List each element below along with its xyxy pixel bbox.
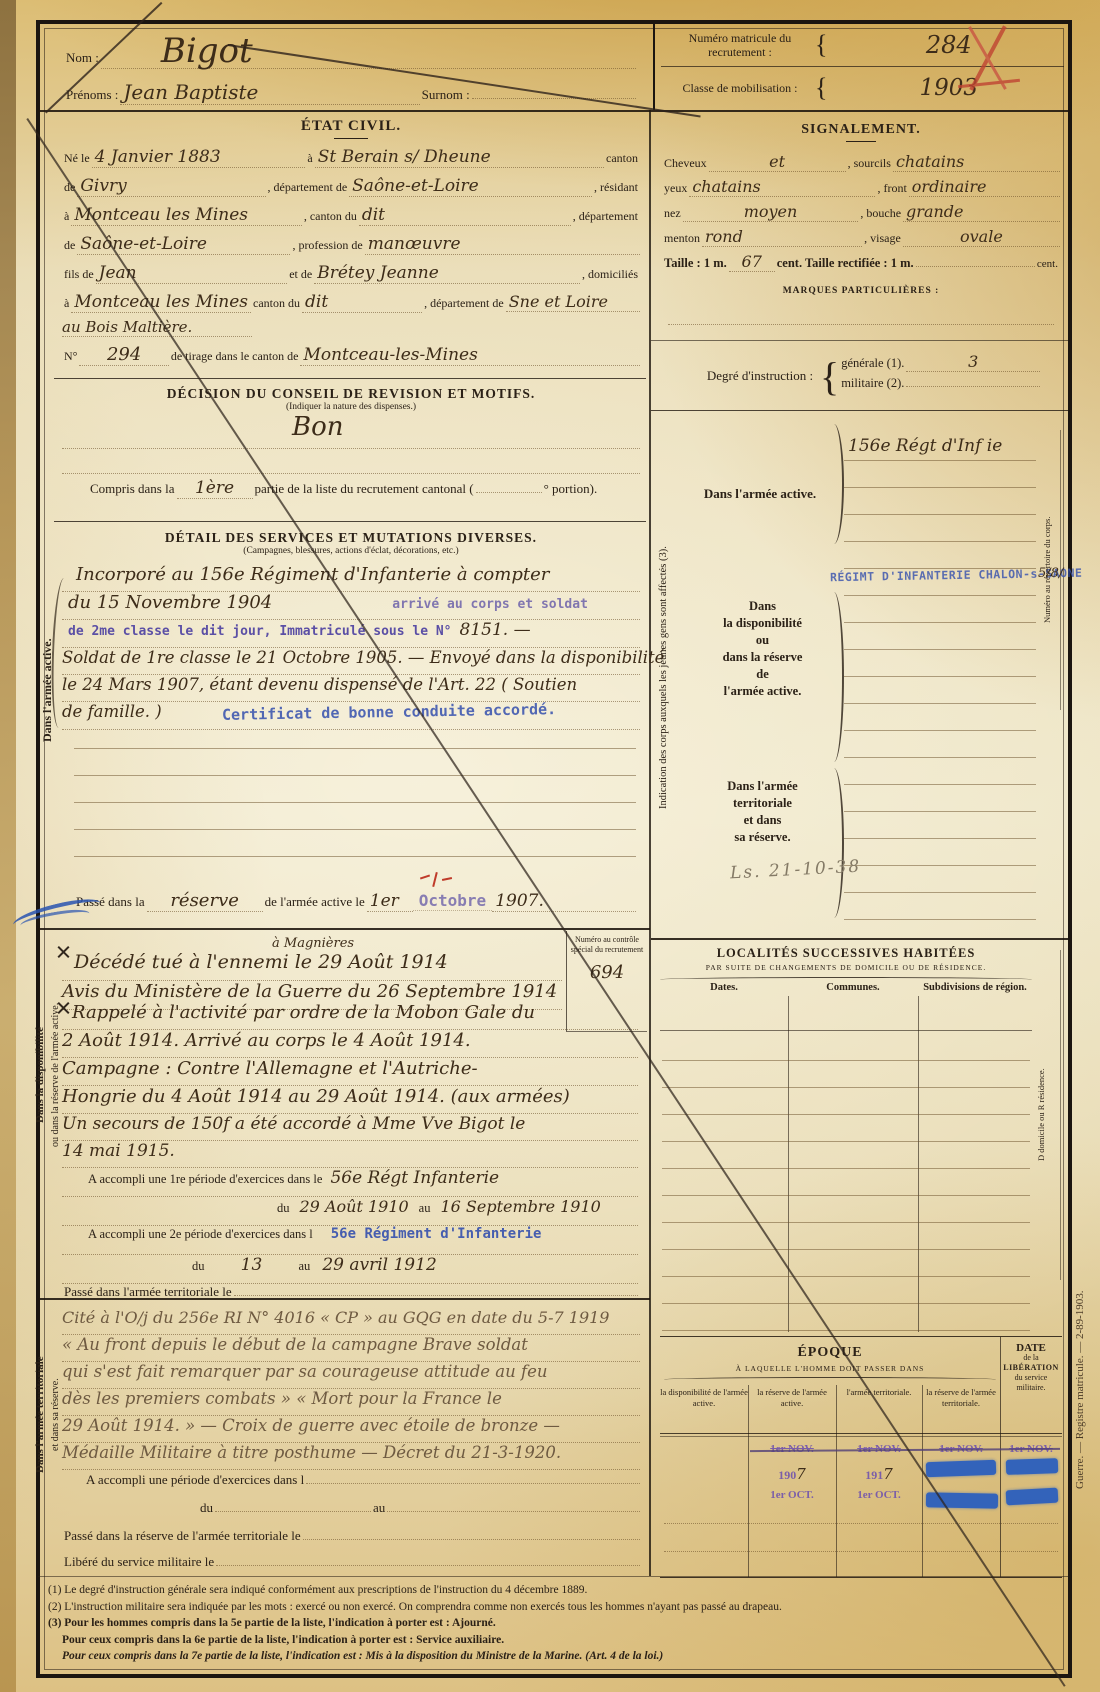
residence-dept: Saône-et-Loire xyxy=(77,234,290,255)
service-entry-3-number: 8151. — xyxy=(460,620,531,640)
compris-pre: Compris dans la xyxy=(62,481,177,497)
margin-label-disponibilite: Dans la disponibilité ou dans la réserve… xyxy=(34,930,70,1220)
service-entry-1: Incorporé au 156e Régiment d'Infanterie … xyxy=(62,564,640,592)
front-label: , front xyxy=(875,181,908,196)
section-rule-heavy xyxy=(38,1298,650,1300)
taille-value: 67 xyxy=(729,252,775,272)
epoque-date-col-header: DATE de la LIBÉRATION du service militai… xyxy=(1000,1343,1062,1393)
instruction-generale-row: générale (1). 3 xyxy=(839,352,1040,376)
cheveux-label: Cheveux xyxy=(662,156,709,171)
periode2-line: A accompli une 2e période d'exercices da… xyxy=(62,1226,638,1255)
periode2-from: 13 xyxy=(207,1255,297,1275)
bouche-value: grande xyxy=(903,202,1060,222)
du-blank xyxy=(215,1511,371,1512)
father-name: Jean xyxy=(96,263,288,284)
nez-value: moyen xyxy=(683,202,859,222)
citation-line-2: « Au front depuis le début de la campagn… xyxy=(62,1335,640,1362)
mother-name: Brétey Jeanne xyxy=(314,263,580,284)
tirage-number: 294 xyxy=(79,344,168,366)
services-title: DÉTAIL DES SERVICES ET MUTATIONS DIVERSE… xyxy=(62,530,640,546)
instruction-militaire-blank xyxy=(906,386,1040,387)
instruction-generale-label: générale (1). xyxy=(839,356,906,371)
header-rule xyxy=(660,1433,1062,1434)
passe-pre: Passé dans la xyxy=(74,894,147,910)
passe-reserve-terr-label: Passé dans la réserve de l'armée territo… xyxy=(62,1528,303,1544)
repertoire-side-label: Numéro au répertoire du corps. xyxy=(1042,430,1061,710)
date-header-line: DATE xyxy=(1000,1343,1062,1353)
etat-civil-section: ÉTAT CIVIL. Né le 4 Janvier 1883 à St Be… xyxy=(62,118,640,374)
profession-value: manœuvre xyxy=(365,234,640,255)
surname-blank xyxy=(472,98,636,99)
domicile-value: Montceau les Mines xyxy=(71,292,251,313)
periode-terr-label: A accompli une période d'exercices dans … xyxy=(62,1472,306,1488)
dept-label: , département xyxy=(571,209,640,224)
footnote-3: (3) Pour les hommes compris dans la 5e p… xyxy=(48,1615,1056,1632)
citation-line-4: dès les premiers combats » « Mort pour l… xyxy=(62,1389,640,1416)
etat-line-3: à Montceau les Mines , canton du dit , d… xyxy=(62,205,640,234)
brace-ornament xyxy=(664,1377,996,1382)
margin-label-territoriale: Dans l'armée territoriale et dans sa rés… xyxy=(34,1290,70,1540)
campagne-line-2: Hongrie du 4 Août 1914 au 29 Août 1914. … xyxy=(62,1086,638,1114)
dept-label: , département de xyxy=(266,180,350,195)
label-line: et dans xyxy=(690,812,835,829)
year-cell-1907: 1907 xyxy=(748,1465,836,1483)
conduite-stamp: Certificat de bonne conduite accordé. xyxy=(222,700,556,724)
name-label: Nom : xyxy=(64,50,101,66)
instruction-block: Degré d'instruction : { générale (1). 3 … xyxy=(700,352,1040,400)
label-line: ou xyxy=(690,632,835,649)
sourcils-value: chatains xyxy=(893,152,1060,172)
periode1-dates: du 29 Août 1910 au 16 Septembre 1910 xyxy=(62,1197,638,1226)
periode-terr-dates: du au xyxy=(62,1500,640,1528)
localites-subtitle: PAR SUITE DE CHANGEMENTS DE DOMICILE OU … xyxy=(660,963,1032,972)
date-header-line: LIBÉRATION xyxy=(1000,1363,1062,1373)
canton-du-label: canton du xyxy=(251,296,302,311)
footnote-rule xyxy=(38,1576,1068,1577)
name-value: Bigot xyxy=(101,34,636,69)
paper-edge xyxy=(0,0,16,1692)
label-line: Dans xyxy=(690,598,835,615)
date-header-line: de la xyxy=(1000,1353,1062,1363)
passe-territoriale-blank xyxy=(234,1295,638,1296)
classe-row: Classe de mobilisation : { 1903 xyxy=(655,67,1070,109)
cent-label: cent. xyxy=(1035,258,1060,270)
libere-blank xyxy=(216,1565,640,1566)
tirage-no-label: N° xyxy=(62,349,79,364)
margin-label-line: Dans l'armée territoriale xyxy=(34,1290,46,1540)
campagne-line-1: Campagne : Contre l'Allemagne et l'Autri… xyxy=(62,1058,638,1086)
rappel-line-1: Rappelé à l'activité par ordre de la Mob… xyxy=(62,1002,638,1030)
label-line: sa réserve. xyxy=(690,829,835,846)
epoque-col4-header: la réserve de l'armée territoriale. xyxy=(922,1387,1000,1408)
service-entry-5: le 24 Mars 1907, étant devenu dispensé d… xyxy=(62,675,640,702)
blank-ruled-lines xyxy=(74,722,636,862)
service-entry-3: de 2me classe le dit jour, Immatriculé s… xyxy=(62,620,640,648)
services-subtitle: (Campagnes, blessures, actions d'éclat, … xyxy=(62,546,640,556)
cheveux-value: et xyxy=(709,152,846,172)
corps-ruled-lines xyxy=(844,434,1036,934)
front-value: ordinaire xyxy=(909,177,1060,197)
label-line: l'armée active. xyxy=(690,683,835,700)
etat-line-1: Né le 4 Janvier 1883 à St Berain s/ Dheu… xyxy=(62,147,640,176)
canton-dit: dit xyxy=(359,205,571,226)
firstname-value: Jean Baptiste xyxy=(120,80,419,105)
service-entry-3-stamp: de 2me classe le dit jour, Immatriculé s… xyxy=(62,624,452,639)
footnote-2: (2) L'instruction militaire sera indiqué… xyxy=(48,1599,1056,1616)
instruction-label: Degré d'instruction : xyxy=(700,368,820,384)
profession-label: , profession de xyxy=(290,238,364,253)
blank-ruled-line xyxy=(62,449,640,474)
section-rule-heavy xyxy=(38,928,650,930)
military-register-sheet: Nom : Bigot Prénoms : Jean Baptiste Surn… xyxy=(0,0,1100,1692)
corps-active-value: 156e Régt d'Inf ie xyxy=(848,436,1002,456)
instruction-militaire-row: militaire (2). xyxy=(839,376,1040,400)
periode1-to: 16 Septembre 1910 xyxy=(432,1197,608,1216)
marques-blank xyxy=(668,308,1054,325)
etat-civil-title: ÉTAT CIVIL. xyxy=(62,118,640,135)
birth-canton: Givry xyxy=(77,176,265,197)
periode2-label: A accompli une 2e période d'exercices da… xyxy=(62,1227,315,1242)
canton-label: canton xyxy=(604,151,640,166)
visage-value: ovale xyxy=(903,227,1060,247)
label-line: dans la réserve xyxy=(690,649,835,666)
matricule-value: 284 xyxy=(827,31,1070,59)
portion-label: ° portion). xyxy=(542,481,600,497)
decision-value: Bon xyxy=(62,412,640,449)
domicile-suite: au Bois Maltière. xyxy=(62,318,252,337)
canton-dit: dit xyxy=(302,292,422,313)
epoque-subtitle: À LAQUELLE L'HOMME DOIT PASSER DANS xyxy=(660,1364,1000,1373)
periode2-to: 29 avril 1912 xyxy=(312,1255,446,1275)
passe-day: 1er xyxy=(367,891,413,912)
secours-line-1: Un secours de 150f a été accordé à Mme V… xyxy=(62,1114,638,1141)
name-line: Nom : Bigot xyxy=(64,34,636,69)
yeux-label: yeux xyxy=(662,181,689,196)
decision-subtitle: (Indiquer la nature des dispenses.) xyxy=(62,402,640,412)
au-label: au xyxy=(297,1259,313,1274)
col-communes: Communes. xyxy=(788,982,918,993)
service-entry-2-stamp: arrivé au corps et soldat xyxy=(392,597,588,612)
taille-rectifiee-label: cent. Taille rectifiée : 1 m. xyxy=(775,256,916,271)
epoque-col1-header: la disponibilité de l'armée active. xyxy=(660,1387,748,1408)
service-entry-2-hand: du 15 Novembre 1904 xyxy=(62,592,272,613)
section-rule xyxy=(54,378,646,379)
signalement-row-2: yeux chatains , front ordinaire xyxy=(662,177,1060,202)
oct-cell: 1er OCT. xyxy=(748,1489,836,1501)
matricule-box: Numéro matricule du recrutement : { 284 … xyxy=(653,24,1070,110)
deces-line: Décédé tué à l'ennemi le 29 Août 1914 xyxy=(62,951,562,981)
corps-active-label-text: Dans l'armée active. xyxy=(704,486,816,501)
periode2-dates: du 13 au 29 avril 1912 xyxy=(62,1255,638,1284)
blank-row-line xyxy=(664,1551,1058,1552)
col-dates: Dates. xyxy=(660,982,788,993)
section-rule xyxy=(54,521,646,522)
menton-label: menton xyxy=(662,231,702,246)
passe-reserve-line: Passé dans la réserve de l'armée active … xyxy=(74,890,636,912)
service-entry-6-hand: de famille. ) xyxy=(62,702,162,721)
surname-label: Surnom : xyxy=(420,87,472,103)
disponibilite-section-2: Rappelé à l'activité par ordre de la Mob… xyxy=(62,1002,638,1312)
tirage-canton: Montceau-les-Mines xyxy=(300,345,640,366)
marques-label: MARQUES PARTICULIÈRES : xyxy=(662,278,1060,308)
birth-place: St Berain s/ Dheune xyxy=(315,147,604,168)
periode-terr-blank xyxy=(306,1483,640,1484)
yeux-value: chatains xyxy=(689,177,875,197)
firstname-label: Prénoms : xyxy=(64,87,120,103)
at-label: à xyxy=(305,151,314,166)
visage-label: , visage xyxy=(862,231,903,246)
margin-label-line: Dans la disponibilité xyxy=(34,930,46,1220)
territoriale-section: Cité à l'O/j du 256e RI N° 4016 « CP » a… xyxy=(62,1308,640,1580)
rule xyxy=(651,410,1068,411)
au-blank xyxy=(387,1511,640,1512)
service-entry-4: Soldat de 1re classe le 21 Octobre 1905.… xyxy=(62,648,640,675)
epoque-table: ÉPOQUE À LAQUELLE L'HOMME DOIT PASSER DA… xyxy=(660,1336,1062,1578)
passe-mid: de l'armée active le xyxy=(263,894,367,910)
year-hand-digit: 7 xyxy=(796,1465,806,1483)
etat-line-6: à Montceau les Mines canton du dit , dép… xyxy=(62,292,640,318)
services-section: DÉTAIL DES SERVICES ET MUTATIONS DIVERSE… xyxy=(62,530,640,730)
residence-value: Montceau les Mines xyxy=(71,205,302,226)
signalement-row-4: menton rond , visage ovale xyxy=(662,227,1060,252)
table-hline xyxy=(660,1030,1032,1031)
localites-header: LOCALITÉS SUCCESSIVES HABITÉES PAR SUITE… xyxy=(660,946,1032,1016)
rappel-line-2: 2 Août 1914. Arrivé au corps le 4 Août 1… xyxy=(62,1030,638,1058)
menton-value: rond xyxy=(702,227,862,247)
epoque-col-headers: la disponibilité de l'armée active. la r… xyxy=(660,1387,1000,1408)
citation-line-3: qui s'est fait remarquer par sa courageu… xyxy=(62,1362,640,1389)
tirage-label: de tirage dans le canton de xyxy=(169,349,301,364)
signalement-title: SIGNALEMENT. xyxy=(662,122,1060,138)
signalement-section: SIGNALEMENT. Cheveux et , sourcils chata… xyxy=(662,122,1060,325)
citation-line-1: Cité à l'O/j du 256e RI N° 4016 « CP » a… xyxy=(62,1308,640,1335)
corps-dispo-label: Dans la disponibilité ou dans la réserve… xyxy=(690,598,835,700)
etat-line-4: de Saône-et-Loire , profession de manœuv… xyxy=(62,234,640,263)
sourcils-label: , sourcils xyxy=(846,156,893,171)
corps-active-label: Dans l'armée active. xyxy=(690,485,830,502)
footnotes: (1) Le degré d'instruction générale sera… xyxy=(48,1582,1056,1665)
libere-label: Libéré du service militaire le xyxy=(62,1554,216,1570)
dept-label: , département de xyxy=(422,296,506,311)
du-label: du xyxy=(198,1500,215,1516)
periode1-regiment: 56e Régt Infanterie xyxy=(330,1168,499,1188)
periode-terr-line: A accompli une période d'exercices dans … xyxy=(62,1472,640,1500)
header-rule-2 xyxy=(660,1436,1062,1437)
citation-line-6: Médaille Militaire à titre posthume — Dé… xyxy=(62,1443,640,1470)
at-label: à xyxy=(62,209,71,224)
corps-side-label: Indication des corps auxquels les jeunes… xyxy=(658,428,678,928)
blank-row-line xyxy=(664,1523,1058,1524)
canton-du-label: , canton du xyxy=(302,209,359,224)
decision-section: DÉCISION DU CONSEIL DE REVISION ET MOTIF… xyxy=(62,386,640,510)
localites-columns: Dates. Communes. Subdivisions de région. xyxy=(660,982,1032,1016)
du-label: du xyxy=(62,1201,292,1216)
periode1-label: A accompli une 1re période d'exercices d… xyxy=(62,1172,324,1187)
ink-blot xyxy=(1006,1488,1059,1506)
brace-glyph: { xyxy=(815,30,827,60)
printer-imprint: Guerre. — Registre matricule. — 2-89-190… xyxy=(1074,1140,1096,1640)
signalement-row-3: nez moyen , bouche grande xyxy=(662,202,1060,227)
brace-glyph: { xyxy=(820,353,839,400)
au-label: au xyxy=(371,1500,387,1516)
footnote-1: (1) Le degré d'instruction générale sera… xyxy=(48,1582,1056,1599)
periode1-line: A accompli une 1re période d'exercices d… xyxy=(62,1168,638,1197)
col-subdivisions: Subdivisions de région. xyxy=(918,982,1032,993)
year-cell-1917: 1917 xyxy=(836,1465,922,1483)
domicile-dept: Sne et Loire xyxy=(506,292,640,312)
year-printed: 190 xyxy=(778,1468,796,1482)
margin-label-line: ou dans la réserve de l'armée active. xyxy=(50,930,61,1220)
epoque-col2-header: la réserve de l'armée active. xyxy=(748,1387,836,1408)
table-vline xyxy=(1000,1337,1001,1577)
nez-label: nez xyxy=(662,206,683,221)
birth-label: Né le xyxy=(62,151,92,166)
portion-blank xyxy=(476,492,542,493)
column-divider xyxy=(649,110,651,1576)
de-label: de xyxy=(62,238,77,253)
label-line: territoriale xyxy=(690,795,835,812)
ink-blot xyxy=(926,1492,998,1508)
footnote-5: Pour ceux compris dans la 7e partie de l… xyxy=(48,1648,1056,1665)
disponibilite-section: à Magnières Décédé tué à l'ennemi le 29 … xyxy=(62,936,562,1010)
periode2-regiment-stamp: 56e Régiment d'Infanterie xyxy=(331,1226,542,1242)
passe-reserve-terr-line: Passé dans la réserve de l'armée territo… xyxy=(62,1528,640,1554)
rule xyxy=(651,340,1068,341)
corps-territoriale-label: Dans l'armée territoriale et dans sa rés… xyxy=(690,778,835,846)
tirage-line: N° 294 de tirage dans le canton de Montc… xyxy=(62,344,640,374)
mother-label: et de xyxy=(287,267,314,282)
passe-reserve-terr-blank xyxy=(303,1539,640,1540)
header-rule xyxy=(38,110,1070,112)
localites-side-label: D domicile ou R résidence. xyxy=(1036,950,1061,1280)
compris-post: partie de la liste du recrutement canton… xyxy=(253,481,476,497)
secours-line-2: 14 mai 1915. xyxy=(62,1141,638,1168)
instruction-militaire-label: militaire (2). xyxy=(839,376,906,391)
signalement-row-1: Cheveux et , sourcils chatains xyxy=(662,152,1060,177)
birth-date: 4 Janvier 1883 xyxy=(92,147,306,168)
birth-dept: Saône-et-Loire xyxy=(349,176,592,197)
decision-title: DÉCISION DU CONSEIL DE REVISION ET MOTIF… xyxy=(62,386,640,402)
father-label: fils de xyxy=(62,267,96,282)
epoque-col3-header: l'armée territoriale. xyxy=(836,1387,922,1398)
date-header-line: du service militaire. xyxy=(1000,1373,1062,1393)
domicilies-label: , domiciliés xyxy=(580,267,640,282)
de-label: de xyxy=(62,180,77,195)
ink-blot xyxy=(1006,1458,1058,1475)
bouche-label: , bouche xyxy=(858,206,903,221)
au-label: au xyxy=(417,1201,433,1216)
service-entry-2: du 15 Novembre 1904 arrivé au corps et s… xyxy=(62,592,640,620)
epoque-title: ÉPOQUE xyxy=(660,1345,1000,1361)
controle-value: 694 xyxy=(567,962,647,983)
instruction-generale-value: 3 xyxy=(906,352,1040,372)
compris-value: 1ère xyxy=(177,478,253,499)
taille-label: Taille : 1 m. xyxy=(662,256,729,271)
periode1-from: 29 Août 1910 xyxy=(292,1197,417,1216)
ink-blot xyxy=(926,1460,996,1477)
margin-label-line: et dans sa réserve. xyxy=(50,1290,61,1540)
etat-line-5: fils de Jean et de Brétey Jeanne , domic… xyxy=(62,263,640,292)
taille-row: Taille : 1 m. 67 cent. Taille rectifiée … xyxy=(662,252,1060,278)
matricule-row: Numéro matricule du recrutement : { 284 xyxy=(655,24,1070,66)
insert-place: à Magnières xyxy=(62,936,562,951)
label-line: de xyxy=(690,666,835,683)
oct-cell: 1er OCT. xyxy=(836,1489,922,1501)
footnote-4: Pour ceux compris dans la 6e partie de l… xyxy=(48,1632,1056,1649)
controle-label: Numéro au contrôle spécial du recrutemen… xyxy=(567,931,647,954)
passe-year: 1907. xyxy=(492,891,636,912)
citation-line-5: 29 Août 1914. » — Croix de guerre avec é… xyxy=(62,1416,640,1443)
label-line: Dans l'armée xyxy=(690,778,835,795)
year-hand-digit: 7 xyxy=(883,1465,893,1483)
matricule-label: Numéro matricule du recrutement : xyxy=(665,31,815,59)
classe-label: Classe de mobilisation : xyxy=(665,81,815,95)
taille-rectifiee-blank xyxy=(916,266,1035,267)
localites-title: LOCALITÉS SUCCESSIVES HABITÉES xyxy=(660,946,1032,961)
du-label: du xyxy=(62,1259,207,1274)
residant-label: , résidant xyxy=(592,180,640,195)
etat-line-7: au Bois Maltière. xyxy=(62,318,640,340)
label-line: la disponibilité xyxy=(690,615,835,632)
localites-rows xyxy=(662,1034,1030,1332)
brace-glyph: { xyxy=(815,73,827,103)
classe-value: 1903 xyxy=(827,75,1070,101)
compris-line: Compris dans la 1ère partie de la liste … xyxy=(62,478,640,510)
at-label: à xyxy=(62,296,71,311)
passe-month-stamp: Octobre xyxy=(413,891,492,911)
rule-heavy xyxy=(651,938,1068,940)
passe-value: réserve xyxy=(147,890,263,912)
year-printed: 191 xyxy=(865,1468,883,1482)
firstname-line: Prénoms : Jean Baptiste Surnom : xyxy=(64,80,636,105)
etat-line-2: de Givry , département de Saône-et-Loire… xyxy=(62,176,640,205)
